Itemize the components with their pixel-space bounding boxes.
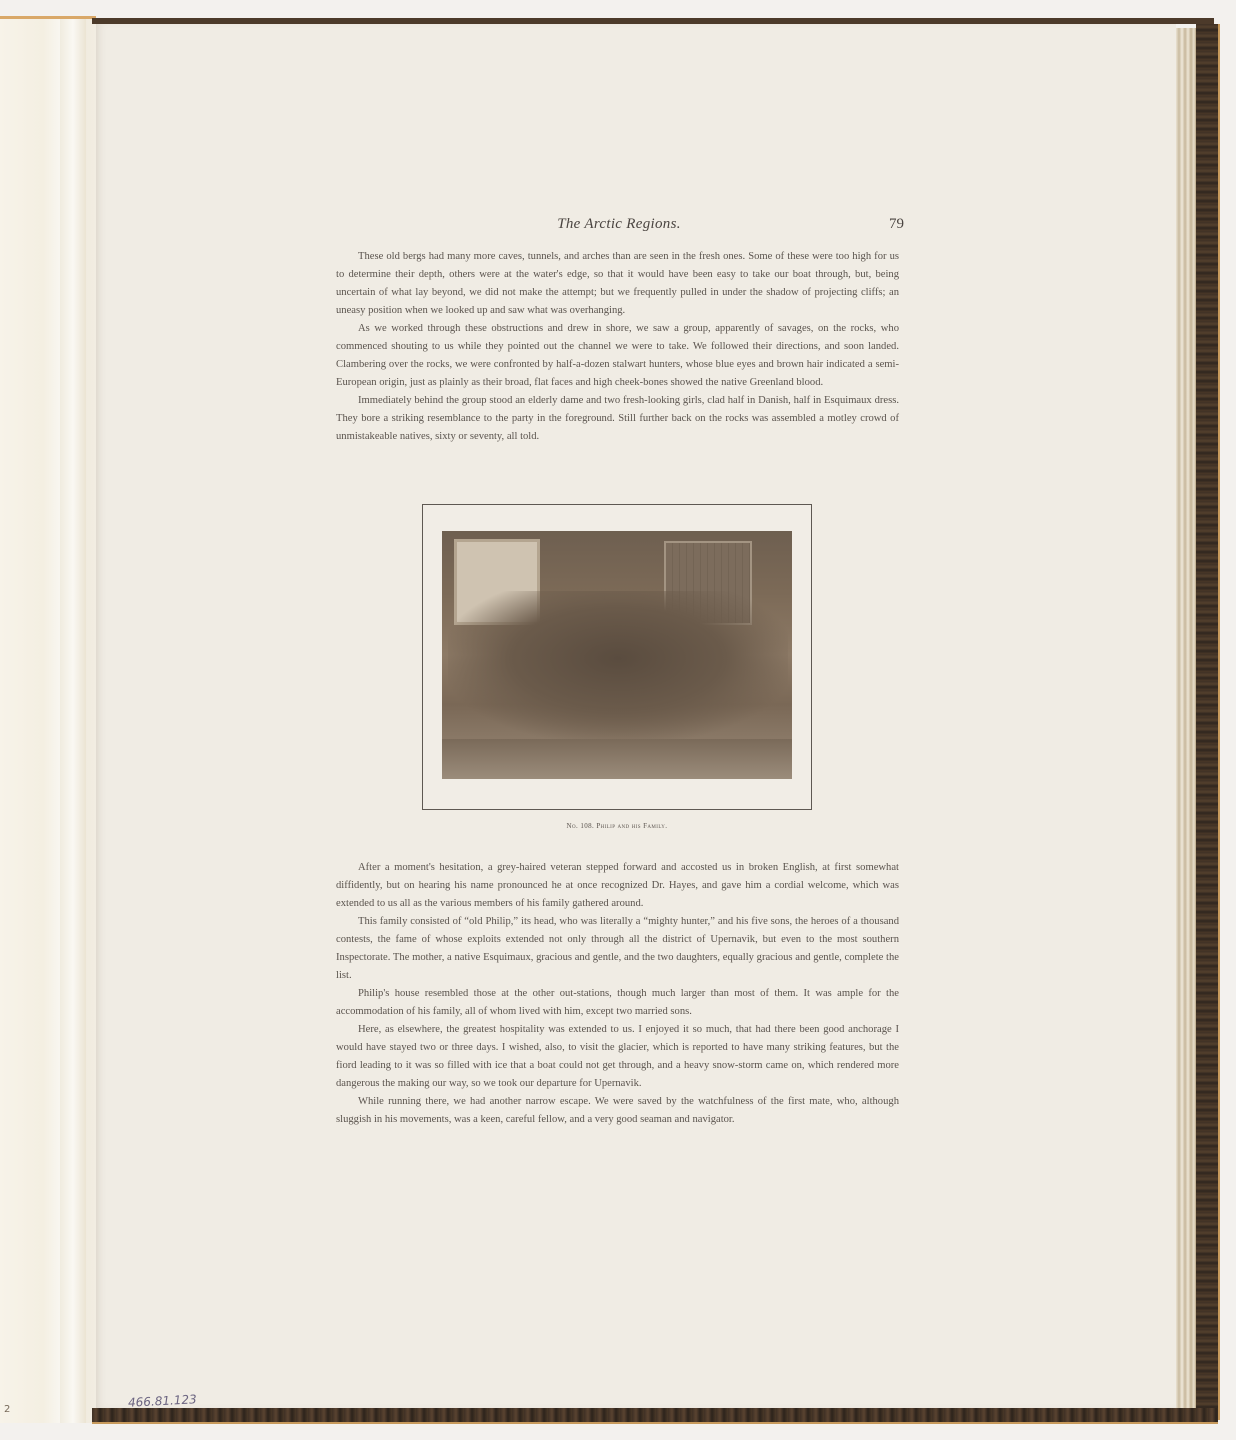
running-title: The Arctic Regions. [334,216,904,233]
book-page: The Arctic Regions. 79 These old bergs h… [96,24,1176,1408]
body-text-top: These old bergs had many more caves, tun… [336,248,899,446]
photo-plate-frame [422,504,812,810]
paragraph: Philip's house resembled those at the ot… [336,985,899,1021]
book-cover-bottom-edge [92,1408,1218,1424]
paragraph: Immediately behind the group stood an el… [336,392,899,446]
page-number: 79 [889,216,904,233]
paragraph: These old bergs had many more caves, tun… [336,248,899,320]
margin-mark: 2 [4,1404,10,1415]
paragraph: As we worked through these obstructions … [336,320,899,392]
photo-family-group [448,591,788,741]
book-cover-right-edge [1196,24,1220,1420]
facing-page-edge [0,16,96,1423]
body-text-bottom: After a moment's hesitation, a grey-hair… [336,859,899,1129]
plate-caption: No. 108. Philip and his Family. [422,822,812,830]
running-head: The Arctic Regions. 79 [334,216,904,240]
paragraph: After a moment's hesitation, a grey-hair… [336,859,899,913]
paragraph: Here, as elsewhere, the greatest hospita… [336,1021,899,1093]
family-photograph [442,531,792,779]
photo-ground [442,739,792,779]
paragraph: This family consisted of “old Philip,” i… [336,913,899,985]
gutter [60,19,86,1423]
paragraph: While running there, we had another narr… [336,1093,899,1129]
page-block-edges [1176,28,1196,1408]
